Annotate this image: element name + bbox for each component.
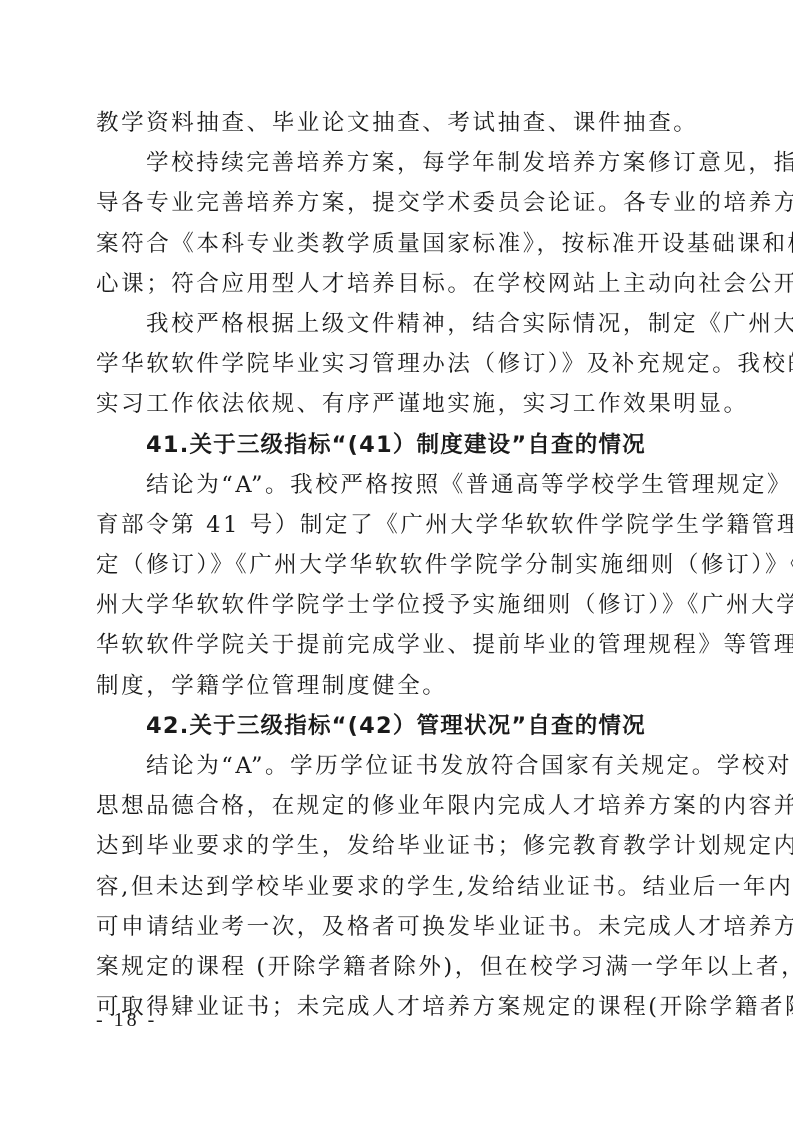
text-line: 州大学华软软件学院学士学位授予实施细则（修订）》《广州大学: [96, 585, 702, 625]
text-line: 我校严格根据上级文件精神，结合实际情况，制定《广州大: [96, 304, 702, 344]
section-heading-41: 41.关于三级指标“(41）制度建设”自查的情况: [96, 425, 702, 465]
text-line: 思想品德合格，在规定的修业年限内完成人才培养方案的内容并: [96, 786, 702, 826]
text-line: 实习工作依法依规、有序严谨地实施，实习工作效果明显。: [96, 384, 702, 424]
text-line: 容,但未达到学校毕业要求的学生,发给结业证书。结业后一年内: [96, 867, 702, 907]
section-heading-42: 42.关于三级指标“(42）管理状况”自查的情况: [96, 706, 702, 746]
text-line: 可申请结业考一次，及格者可换发毕业证书。未完成人才培养方: [96, 907, 702, 947]
text-line: 案符合《本科专业类教学质量国家标准》，按标准开设基础课和核: [96, 224, 702, 264]
text-line: 定（修订）》《广州大学华软软件学院学分制实施细则（修订）》《广: [96, 545, 702, 585]
document-body: 教学资料抽查、毕业论文抽查、考试抽查、课件抽查。 学校持续完善培养方案，每学年制…: [96, 103, 702, 1027]
text-line: 心课；符合应用型人才培养目标。在学校网站上主动向社会公开。: [96, 264, 702, 304]
text-line: 达到毕业要求的学生，发给毕业证书；修完教育教学计划规定内: [96, 826, 702, 866]
text-line: 学校持续完善培养方案，每学年制发培养方案修订意见，指: [96, 143, 702, 183]
text-line: 导各专业完善培养方案，提交学术委员会论证。各专业的培养方: [96, 183, 702, 223]
page-number: - 18 -: [96, 1009, 157, 1032]
text-line: 制度，学籍学位管理制度健全。: [96, 666, 702, 706]
text-line: 可取得肄业证书；未完成人才培养方案规定的课程(开除学籍者除: [96, 987, 702, 1027]
text-line: 教学资料抽查、毕业论文抽查、考试抽查、课件抽查。: [96, 103, 702, 143]
text-line: 结论为“A”。学历学位证书发放符合国家有关规定。学校对: [96, 746, 702, 786]
text-line: 华软软件学院关于提前完成学业、提前毕业的管理规程》等管理: [96, 625, 702, 665]
text-line: 结论为“A”。我校严格按照《普通高等学校学生管理规定》(教: [96, 465, 702, 505]
text-line: 育部令第 41 号）制定了《广州大学华软软件学院学生学籍管理规: [96, 505, 702, 545]
text-line: 学华软软件学院毕业实习管理办法（修订）》及补充规定。我校的: [96, 344, 702, 384]
text-line: 案规定的课程 (开除学籍者除外)，但在校学习满一学年以上者，: [96, 947, 702, 987]
